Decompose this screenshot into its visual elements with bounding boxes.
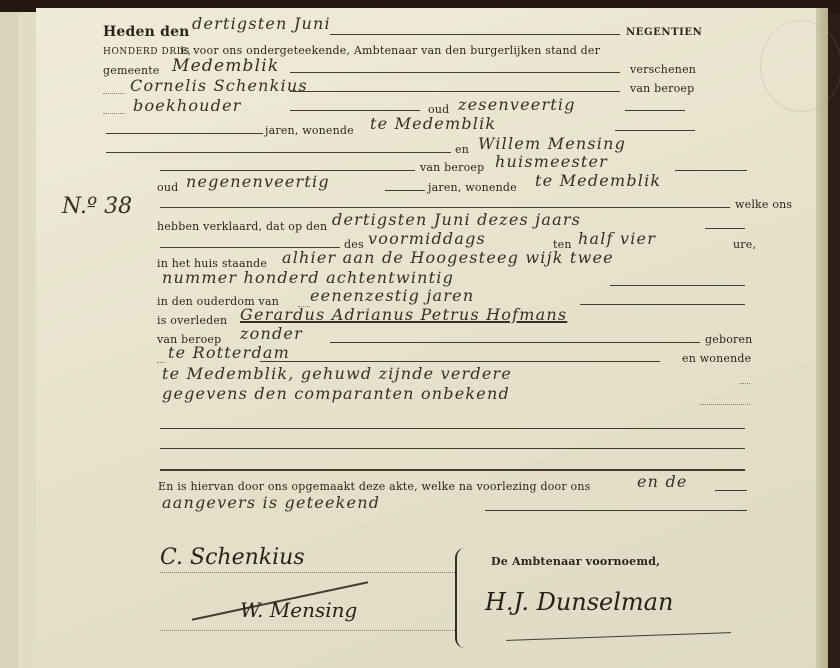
hw-declarant2-age: negenenveertig <box>186 172 330 191</box>
dotted-line <box>160 572 455 573</box>
fill-line <box>615 130 695 131</box>
fill-line <box>675 170 747 171</box>
signature-declarant2: W. Mensing <box>240 598 357 622</box>
fill-line <box>160 207 730 208</box>
dotted-line <box>157 362 165 363</box>
hw-declarant2-occupation: huismeester <box>495 152 608 171</box>
printed-van-beroep-2: van beroep <box>420 161 484 174</box>
fill-line <box>715 490 747 491</box>
hw-time: half vier <box>578 229 656 248</box>
fill-line <box>160 469 745 471</box>
hw-age-deceased: eenenzestig jaren <box>310 286 474 305</box>
printed-negentien: NEGENTIEN <box>626 27 702 38</box>
hw-deceased-name: Gerardus Adrianus Petrus Hofmans <box>240 305 567 324</box>
fill-line <box>625 110 685 111</box>
fill-line <box>106 152 451 153</box>
printed-van-beroep-1: van beroep <box>630 82 694 95</box>
printed-jaren-wonende-1: jaren, wonende <box>265 124 354 137</box>
dotted-line <box>740 383 750 384</box>
hw-time-of-day: voormiddags <box>368 229 486 248</box>
printed-verschenen: verschenen <box>630 63 696 76</box>
hw-death-date: dertigsten Juni dezes jaars <box>332 210 581 229</box>
printed-welke-ons: welke ons <box>735 198 792 211</box>
fill-line <box>485 510 747 511</box>
printed-en: en <box>455 143 469 156</box>
hw-remarks-2: gegevens den comparanten onbekend <box>162 384 510 403</box>
printed-en-wonende: en wonende <box>682 352 751 365</box>
printed-ambtenaar: De Ambtenaar voornoemd, <box>491 555 660 568</box>
printed-hebben-verklaard: hebben verklaard, dat op den <box>157 220 327 233</box>
brace <box>455 548 469 648</box>
fill-line <box>610 285 745 286</box>
fill-line <box>106 133 263 134</box>
hw-house-location-1: alhier aan de Hoogesteeg wijk twee <box>282 248 614 267</box>
dotted-line <box>160 630 455 631</box>
printed-geboren: geboren <box>705 333 752 346</box>
hw-declarant1-occupation: boekhouder <box>133 96 242 115</box>
fill-line <box>290 110 420 111</box>
fill-line <box>385 190 425 191</box>
dotted-line <box>700 404 750 405</box>
fill-line <box>330 342 700 343</box>
printed-jaren-wonende-2: jaren, wonende <box>428 181 517 194</box>
fill-line <box>580 304 745 305</box>
signature-declarant1: C. Schenkius <box>160 545 305 570</box>
hw-municipality: Medemblik <box>172 56 279 76</box>
hw-declarant2-name: Willem Mensing <box>478 134 626 153</box>
embossed-stamp <box>760 20 840 112</box>
dotted-line <box>103 113 125 114</box>
hw-date: dertigsten Juni <box>192 14 331 33</box>
printed-is-overleden: is overleden <box>157 314 227 327</box>
hw-declarant2-residence: te Medemblik <box>535 171 661 190</box>
hw-declarant1-name: Cornelis Schenkius <box>130 76 308 95</box>
fill-line <box>160 428 745 429</box>
printed-ure: ure, <box>733 238 756 251</box>
hw-declarant1-age: zesenveertig <box>458 95 576 114</box>
printed-closing: En is hiervan door ons opgemaakt deze ak… <box>158 480 590 493</box>
fill-line <box>290 91 620 92</box>
dotted-line <box>103 93 125 94</box>
signature-official: H.J. Dunselman <box>485 588 673 616</box>
fill-line <box>290 72 620 73</box>
hw-deceased-occupation: zonder <box>240 324 303 343</box>
hw-remarks-1: te Medemblik, gehuwd zijnde verdere <box>162 364 512 383</box>
hw-declarant1-residence: te Medemblik <box>370 114 496 133</box>
hw-closing-1: en de <box>637 472 688 491</box>
fill-line <box>705 228 745 229</box>
hw-house-location-2: nummer honderd achtentwintig <box>162 268 454 287</box>
fill-line <box>160 448 745 449</box>
hw-birthplace: te Rotterdam <box>168 343 290 362</box>
fill-line <box>330 34 620 35</box>
printed-oud-2: oud <box>157 181 178 194</box>
record-number: N.º 38 <box>62 194 132 219</box>
hw-closing-2: aangevers is geteekend <box>162 493 380 512</box>
page-edge <box>0 12 19 668</box>
printed-heden-den: Heden den <box>103 24 190 40</box>
fill-line <box>260 361 660 362</box>
page-edge <box>18 12 37 668</box>
